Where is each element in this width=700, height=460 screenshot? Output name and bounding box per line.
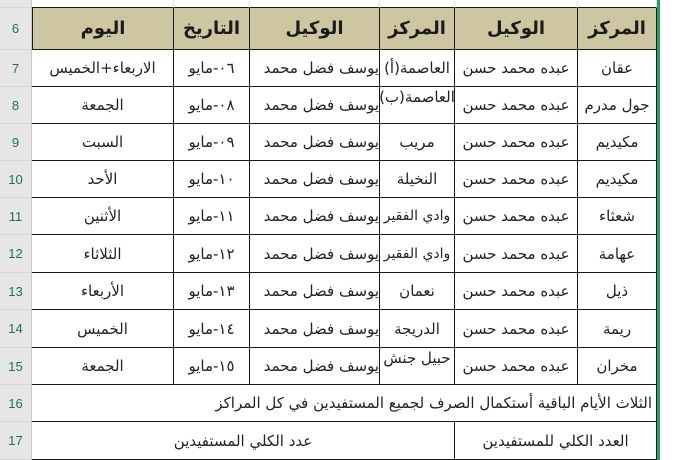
cell-center-1[interactable]: مكيديم [578,124,657,161]
cell-center-1[interactable]: مخران [578,348,657,385]
cell-date[interactable]: ١٢-مايو [174,235,250,273]
cell-agent-1[interactable]: عبده محمد حسن [455,161,578,198]
cell-agent-1[interactable]: عبده محمد حسن [455,124,578,161]
cell-date[interactable]: ١٤-مايو [174,310,250,348]
row-header-11[interactable]: 11 [0,198,32,235]
cell-agent-1[interactable]: عبده محمد حسن [455,87,578,124]
header-date[interactable]: التاريخ [174,8,250,50]
cell-center-1[interactable]: جول مدرم [578,87,657,124]
row-5-cell-agent2[interactable] [250,0,380,8]
row-5-cell-agent1[interactable] [455,0,578,8]
cell-agent-1[interactable]: عبده محمد حسن [455,273,578,310]
row-header-7[interactable]: 7 [0,50,32,87]
cell-center-1[interactable]: عهامة [578,235,657,273]
row-header-13[interactable]: 13 [0,273,32,310]
cell-center-1[interactable]: مكيديم [578,161,657,198]
cell-agent-2[interactable]: يوسف فضل محمد [250,87,380,124]
cell-day[interactable]: الجمعة [32,348,174,385]
cell-day[interactable]: الاربعاء+الخميس [32,50,174,87]
cell-agent-2[interactable]: يوسف فضل محمد [250,235,380,273]
cell-agent-2[interactable]: يوسف فضل محمد [250,161,380,198]
cell-agent-1[interactable]: عبده محمد حسن [455,235,578,273]
cell-agent-2[interactable]: يوسف فضل محمد [250,273,380,310]
cell-day[interactable]: الأحد [32,161,174,198]
header-center-2[interactable]: المركز [380,8,455,50]
cell-day[interactable]: الخميس [32,310,174,348]
row-5-cell-center2[interactable] [380,0,455,8]
row-header-10[interactable]: 10 [0,161,32,198]
cell-day[interactable]: الثلاثاء [32,235,174,273]
cell-agent-2[interactable]: يوسف فضل محمد [250,198,380,235]
note-merged-cell[interactable]: الثلاث الأيام الباقية أستكمال الصرف لجمي… [32,385,657,422]
cell-date[interactable]: ١٣-مايو [174,273,250,310]
cell-center-2[interactable]: حبيل جنش [380,348,455,385]
row-header-16[interactable]: 16 [0,385,32,422]
cell-day[interactable]: السبت [32,124,174,161]
cell-center-1[interactable]: عقان [578,50,657,87]
row-5-cell-day[interactable] [32,0,174,8]
cell-date[interactable]: ٠٨-مايو [174,87,250,124]
row-5-cell-date[interactable] [174,0,250,8]
cell-center-2[interactable]: وادي الفقير [380,198,455,235]
cell-date[interactable]: ٠٦-مايو [174,50,250,87]
cell-agent-1[interactable]: عبده محمد حسن [455,348,578,385]
cell-center-2[interactable]: وادي الفقير [380,235,455,273]
cell-date[interactable]: ١٠-مايو [174,161,250,198]
row-header-17[interactable]: 17 [0,422,32,460]
cell-center-2[interactable]: العاصمة(ب) [380,87,455,124]
cell-agent-2[interactable]: يوسف فضل محمد [250,50,380,87]
cell-agent-1[interactable]: عبده محمد حسن [455,198,578,235]
cell-agent-1[interactable]: عبده محمد حسن [455,50,578,87]
cell-center-2[interactable]: نعمان [380,273,455,310]
row-header-9[interactable]: 9 [0,124,32,161]
cell-agent-1[interactable]: عبده محمد حسن [455,310,578,348]
cell-date[interactable]: ١١-مايو [174,198,250,235]
cell-agent-2[interactable]: يوسف فضل محمد [250,348,380,385]
cell-center-2[interactable]: النخيلة [380,161,455,198]
row-header-6[interactable]: 6 [0,8,32,50]
row-header-12[interactable]: 12 [0,235,32,273]
header-agent-2[interactable]: الوكيل [250,8,380,50]
row-header-15[interactable]: 15 [0,348,32,385]
cell-center-2[interactable]: مريب [380,124,455,161]
cell-date[interactable]: ٠٩-مايو [174,124,250,161]
cell-agent-2[interactable]: يوسف فضل محمد [250,124,380,161]
cell-center-1[interactable]: شعثاء [578,198,657,235]
cell-date[interactable]: ١٥-مايو [174,348,250,385]
header-agent-1[interactable]: الوكيل [455,8,578,50]
cell-agent-2[interactable]: يوسف فضل محمد [250,310,380,348]
row-header-8[interactable]: 8 [0,87,32,124]
cell-center-2[interactable]: العاصمة(أ) [380,50,455,87]
header-center-1[interactable]: المركز [578,8,657,50]
cell-center-1[interactable]: ريمة [578,310,657,348]
row-5-cell-center1[interactable] [578,0,657,8]
cell-day[interactable]: الأربعاء [32,273,174,310]
cell-day[interactable]: الجمعة [32,87,174,124]
total-beneficiaries-label-cell[interactable]: العدد الكلي للمستفيدين [455,422,657,460]
row-header-5[interactable] [0,0,32,8]
empty-sheet-area[interactable] [660,0,700,460]
cell-center-1[interactable]: ذيل [578,273,657,310]
total-beneficiaries-mid-cell[interactable]: عدد الكلي المستفيدين [32,422,455,460]
row-header-14[interactable]: 14 [0,310,32,348]
cell-day[interactable]: الأثنين [32,198,174,235]
header-day[interactable]: اليوم [32,8,174,50]
cell-center-2[interactable]: الدريجة [380,310,455,348]
